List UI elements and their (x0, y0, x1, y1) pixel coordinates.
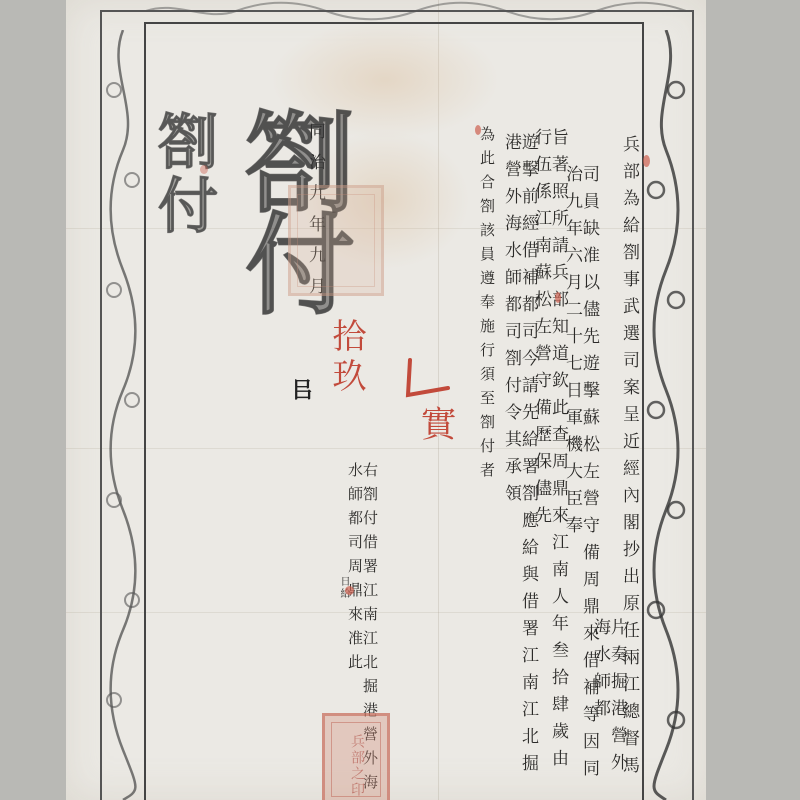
scroll-ornament-top (146, 0, 686, 22)
seal-inner-border (297, 194, 375, 287)
red-mark (555, 292, 561, 303)
official-seal: 兵部之印 (322, 713, 390, 800)
red-dot (345, 586, 354, 595)
red-mark (200, 165, 208, 174)
text-column-3: 司員缺准以儘先遊擊蘇松左營守備周鼎來借補等因同治九年六月二十七日軍機大臣奉 (563, 165, 597, 800)
faint-seal-impression (288, 185, 384, 296)
signature-mark: 㠯 (286, 378, 317, 400)
red-mark (643, 155, 650, 167)
scroll-ornament-left (102, 30, 144, 800)
scroll-ornament-right (644, 30, 688, 800)
red-day-number: 拾玖 (322, 318, 371, 398)
red-mark (475, 125, 481, 135)
seal-text: 兵部之印 (347, 734, 367, 798)
text-column-6: 為此合劄該員遵奉施行須至劄付者 (479, 126, 494, 486)
text-column-5: 遊擊前經借補都司今請先給署劄應給與借署江南江北掘港營外海水師都司劄付令其承領 (502, 133, 536, 800)
title-side-characters: 劄付 (140, 110, 226, 238)
red-shi-character: 實 (410, 405, 461, 447)
red-check-stroke (398, 350, 458, 410)
